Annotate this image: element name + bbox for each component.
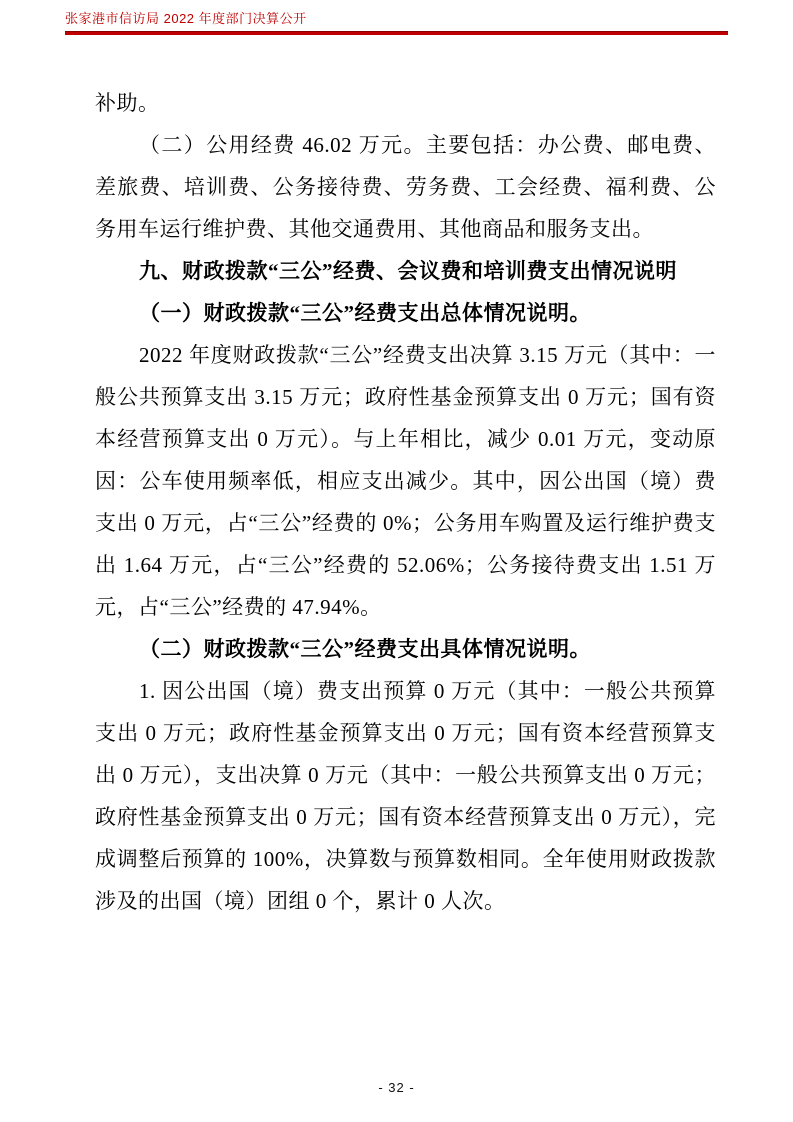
paragraph-three-public-overview: 2022 年度财政拨款“三公”经费支出决算 3.15 万元（其中：一般公共预算支… xyxy=(95,334,716,628)
paragraph-abroad-expense-detail: 1. 因公出国（境）费支出预算 0 万元（其中：一般公共预算支出 0 万元；政府… xyxy=(95,670,716,922)
document-title: 张家港市信访局 2022 年度部门决算公开 xyxy=(65,10,728,28)
running-header: 张家港市信访局 2022 年度部门决算公开 xyxy=(65,10,728,35)
header-divider-rule xyxy=(65,31,728,35)
document-page: 张家港市信访局 2022 年度部门决算公开 补助。 （二）公用经费 46.02 … xyxy=(0,0,793,1122)
paragraph-carryover: 补助。 xyxy=(95,82,716,124)
subsection-heading-two: （二）财政拨款“三公”经费支出具体情况说明。 xyxy=(95,628,716,670)
paragraph-public-expense: （二）公用经费 46.02 万元。主要包括：办公费、邮电费、差旅费、培训费、公务… xyxy=(95,124,716,250)
page-number: - 32 - xyxy=(0,1080,793,1095)
section-heading-nine: 九、财政拨款“三公”经费、会议费和培训费支出情况说明 xyxy=(95,250,716,292)
document-body: 补助。 （二）公用经费 46.02 万元。主要包括：办公费、邮电费、差旅费、培训… xyxy=(95,82,716,922)
subsection-heading-one: （一）财政拨款“三公”经费支出总体情况说明。 xyxy=(95,292,716,334)
